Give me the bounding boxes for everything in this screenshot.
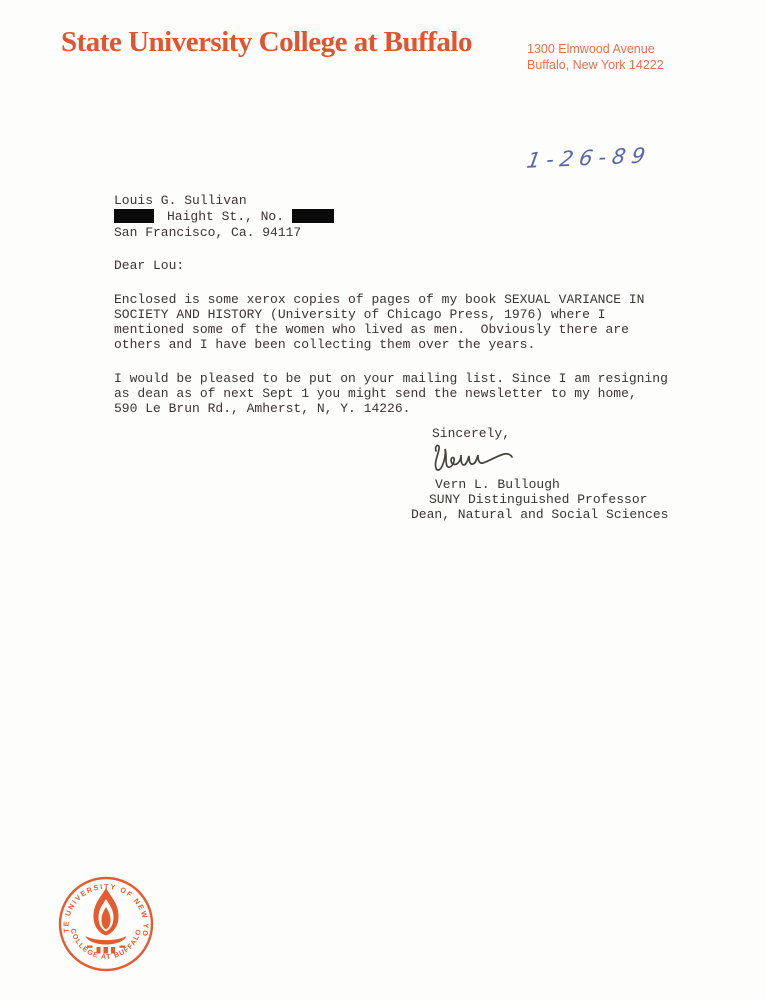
valediction: Sincerely, <box>432 426 510 441</box>
letterhead-address: 1300 Elmwood Avenue Buffalo, New York 14… <box>527 42 664 73</box>
scanned-letter-page: State University College at Buffalo 1300… <box>0 0 765 1000</box>
recipient-street-text: Haight St., No. <box>167 209 284 224</box>
seal-flame-icon <box>86 888 127 954</box>
recipient-city-line: San Francisco, Ca. 94117 <box>114 225 334 241</box>
recipient-address-block: Louis G. Sullivan Haight St., No. San Fr… <box>114 193 334 241</box>
body-paragraph-1: Enclosed is some xerox copies of pages o… <box>114 292 645 352</box>
handwritten-signature <box>427 442 515 476</box>
salutation: Dear Lou: <box>114 258 184 273</box>
university-seal-icon: STATE UNIVERSITY OF NEW YORK COLLEGE AT … <box>56 874 156 974</box>
handwritten-date: 1-26-89 <box>525 143 653 173</box>
redaction-bar <box>292 209 334 223</box>
recipient-street-line: Haight St., No. <box>114 209 334 225</box>
signature-stroke <box>435 445 512 470</box>
letterhead-institution-name: State University College at Buffalo <box>61 26 472 59</box>
signer-title-1: SUNY Distinguished Professor <box>429 492 647 507</box>
signer-name: Vern L. Bullough <box>435 477 560 492</box>
body-paragraph-2: I would be pleased to be put on your mai… <box>114 371 668 416</box>
recipient-name: Louis G. Sullivan <box>114 193 334 209</box>
signer-title-2: Dean, Natural and Social Sciences <box>411 507 668 522</box>
redaction-bar <box>114 209 154 223</box>
